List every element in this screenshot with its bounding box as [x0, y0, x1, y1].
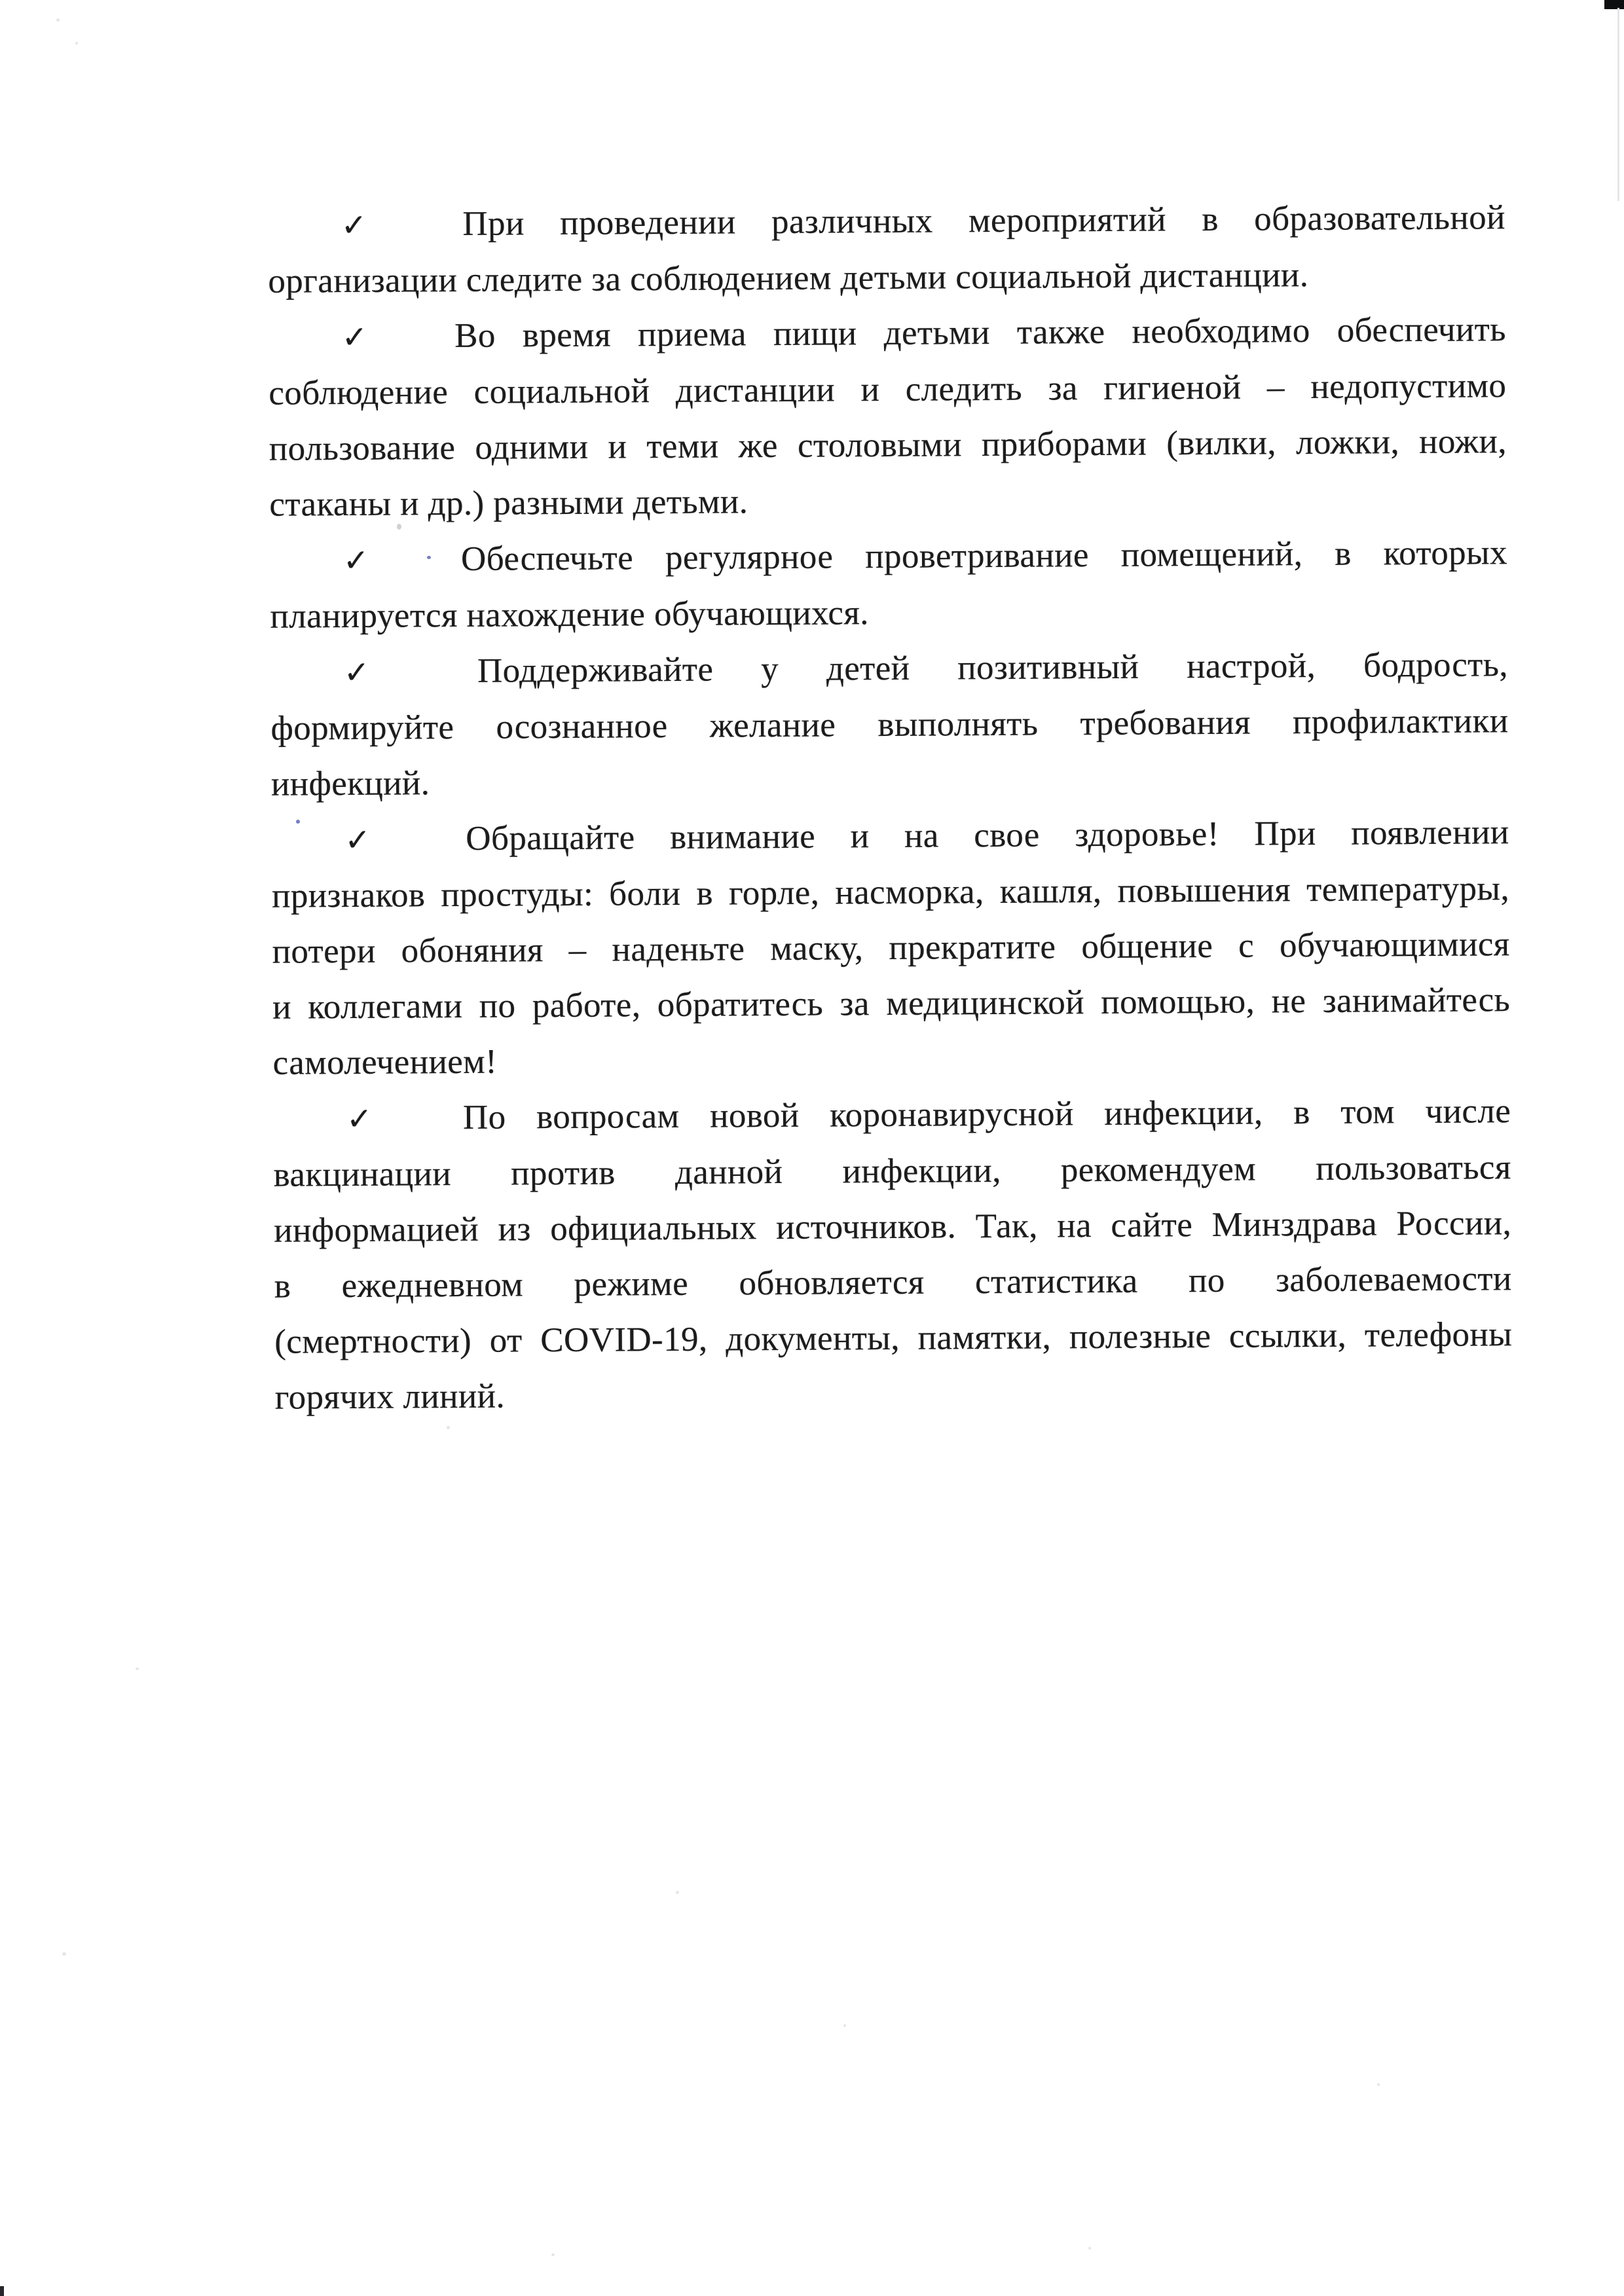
scan-page: ✓При проведении различных мероприятий в … [0, 0, 1624, 2296]
text-line: горячих линий. [275, 1362, 1513, 1426]
line-text: Обеспечьте регулярное проветривание поме… [461, 534, 1507, 578]
text-line: в ежедневном режиме обновляется статисти… [274, 1251, 1511, 1315]
text-line: информацией из официальных источников. Т… [274, 1195, 1511, 1259]
scan-speck [1088, 2247, 1091, 2250]
paragraph: ✓Обеспечьте регулярное проветривание пом… [270, 525, 1508, 645]
line-text: Обращайте внимание и на свое здоровье! П… [466, 813, 1509, 858]
text-line: ✓Обеспечьте регулярное проветривание пом… [270, 525, 1507, 589]
scan-artifact-bottom-mark [0, 2286, 4, 2296]
paragraph: ✓Во время приема пищи детьми также необх… [268, 302, 1507, 533]
text-line: ✓При проведении различных мероприятий в … [268, 190, 1505, 254]
checkmark-icon: ✓ [344, 654, 409, 691]
checkmark-gap [397, 849, 466, 850]
text-line: соблюдение социальной дистанции и следит… [268, 358, 1506, 422]
checkmark-icon: ✓ [346, 1101, 394, 1137]
text-line: признаков простуды: боли в горле, насмор… [272, 861, 1509, 924]
checkmark-gap [394, 1128, 463, 1129]
checkmark-icon: ✓ [344, 822, 397, 858]
text-line: пользование одними и теми же столовыми п… [269, 414, 1507, 477]
scan-speck [676, 1891, 679, 1894]
scan-speck [551, 2253, 555, 2256]
document-body: ✓При проведении различных мероприятий в … [268, 190, 1513, 1426]
text-line: и коллегами по работе, обратитесь за мед… [272, 972, 1510, 1036]
paragraph: ✓По вопросам новой коронавирусной инфекц… [273, 1084, 1513, 1426]
scan-speck [1377, 2083, 1380, 2086]
line-text: Поддерживайте у детей позитивный настрой… [477, 646, 1508, 690]
scan-artifact-edge-line [1617, 8, 1619, 201]
checkmark-icon: ✓ [341, 208, 394, 244]
text-line: формируйте осознанное желание выполнять … [270, 693, 1508, 757]
checkmark-gap [394, 234, 462, 236]
paragraph: ✓Поддерживайте у детей позитивный настро… [270, 637, 1509, 812]
text-line: (смертности) от COVID-19, документы, пам… [274, 1307, 1512, 1370]
scan-speck-blue [427, 556, 431, 559]
text-line: планируется нахождение обучающихся. [270, 581, 1507, 645]
checkmark-gap [392, 570, 461, 571]
text-line: инфекций. [271, 749, 1509, 812]
line-text: Во время приема пищи детьми также необхо… [454, 310, 1506, 355]
scan-speck [62, 1952, 66, 1956]
text-line: стаканы и др.) разными детьми. [269, 469, 1507, 533]
text-line: вакцинации против данной инфекции, реком… [273, 1140, 1511, 1203]
scan-speck-blue [296, 820, 300, 824]
text-line: организации следите за соблюдением детьм… [268, 246, 1505, 310]
text-line: самолечением! [272, 1028, 1510, 1091]
line-text: При проведении различных мероприятий в о… [462, 198, 1505, 243]
text-line: ✓Обращайте внимание и на свое здоровье! … [271, 805, 1509, 869]
scan-speck [447, 1426, 450, 1429]
scan-artifact-corner [1604, 0, 1624, 9]
checkmark-icon: ✓ [342, 319, 386, 355]
scan-speck [56, 18, 60, 22]
checkmark-gap [409, 682, 477, 683]
scan-speck [397, 524, 401, 530]
text-line: ✓Поддерживайте у детей позитивный настро… [270, 637, 1508, 701]
text-line: потери обоняния – наденьте маску, прекра… [272, 917, 1509, 980]
paragraph: ✓Обращайте внимание и на свое здоровье! … [271, 805, 1511, 1091]
text-line: ✓По вопросам новой коронавирусной инфекц… [273, 1084, 1511, 1148]
line-text: По вопросам новой коронавирусной инфекци… [463, 1092, 1511, 1137]
scan-speck [136, 1667, 139, 1670]
paragraph: ✓При проведении различных мероприятий в … [268, 190, 1506, 310]
checkmark-icon: ✓ [343, 543, 392, 579]
checkmark-gap [386, 346, 454, 348]
scan-speck [75, 42, 78, 45]
scan-speck [843, 2024, 846, 2027]
text-line: ✓Во время приема пищи детьми также необх… [268, 302, 1506, 366]
